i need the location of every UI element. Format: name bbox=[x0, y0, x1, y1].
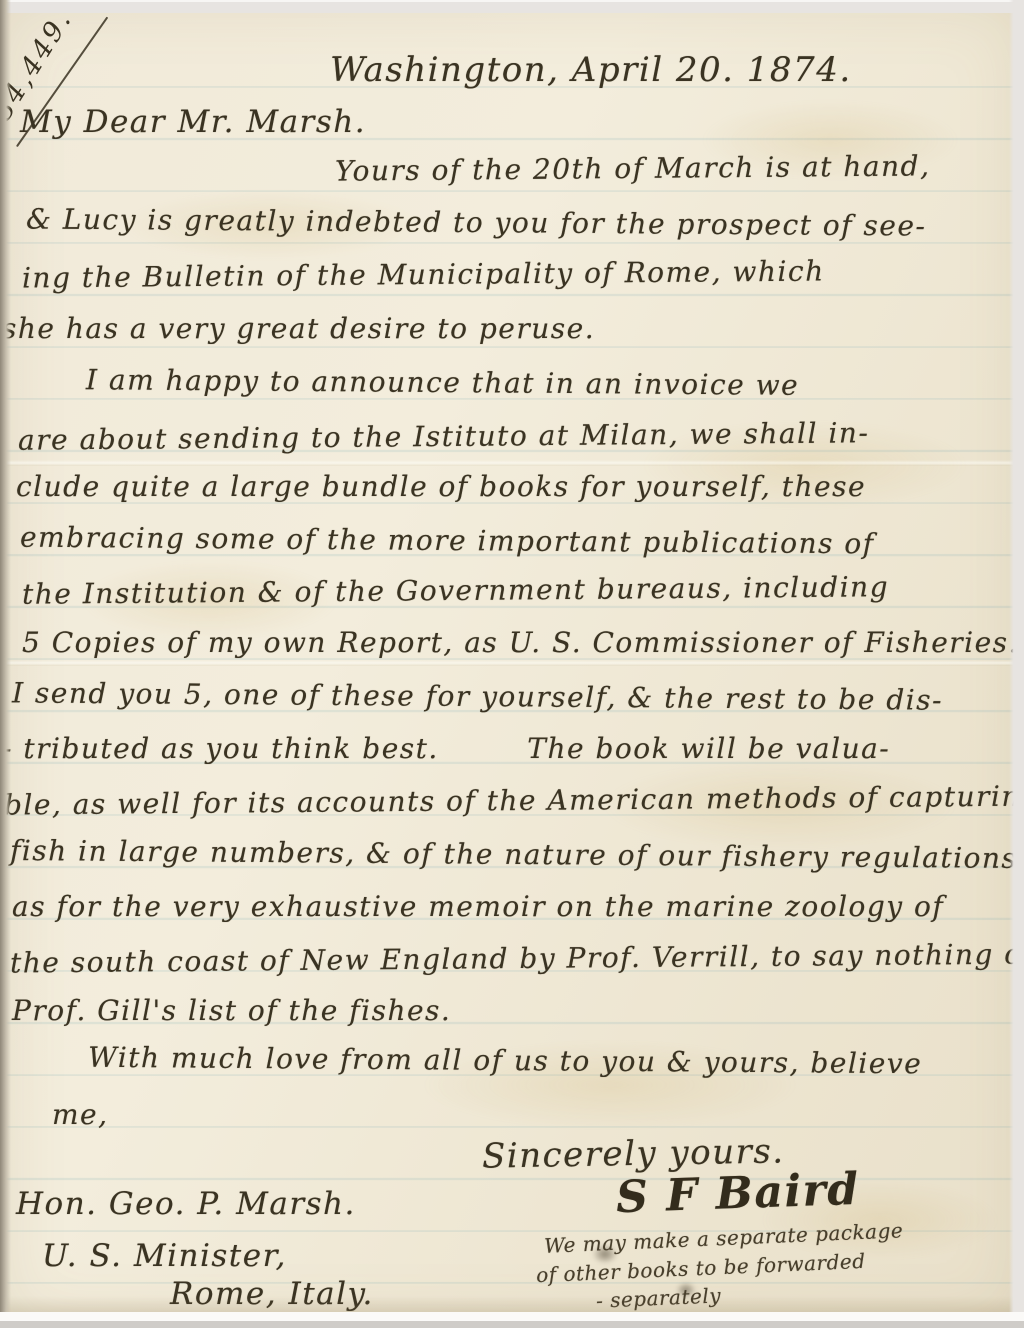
body-line-19: me, bbox=[52, 1098, 109, 1131]
body-line-5: I am happy to announce that in an invoic… bbox=[86, 363, 799, 402]
salutation: My Dear Mr. Marsh. bbox=[20, 104, 366, 140]
body-line-16: the south coast of New England by Prof. … bbox=[10, 938, 1024, 980]
body-line-10: 5 Copies of my own Report, as U. S. Comm… bbox=[22, 626, 1019, 659]
scan-edge-bottom-grey bbox=[0, 1321, 1024, 1328]
scan-edge-top bbox=[0, 0, 1024, 13]
body-line-2: & Lucy is greatly indebted to you for th… bbox=[26, 202, 927, 242]
paper-bottom-shadow bbox=[0, 1296, 1024, 1313]
paper-crease bbox=[0, 460, 1024, 466]
recipient-name: Hon. Geo. P. Marsh. bbox=[16, 1186, 356, 1222]
scan-edge-left bbox=[0, 0, 11, 1328]
paper-crease bbox=[0, 660, 1024, 666]
body-line-15: as for the very exhaustive memoir on the… bbox=[12, 890, 944, 923]
body-line-4: she has a very great desire to peruse. bbox=[2, 312, 595, 345]
body-line-18: With much love from all of us to you & y… bbox=[88, 1041, 923, 1081]
scanned-letter-screenshot: { "page": { "kind": "handwritten letter,… bbox=[0, 0, 1024, 1328]
body-line-11: I send you 5, one of these for yourself,… bbox=[12, 676, 943, 716]
body-line-9: the Institution & of the Government bure… bbox=[22, 570, 889, 611]
dateline: Washington, April 20. 1874. bbox=[330, 50, 852, 90]
body-line-17: Prof. Gill's list of the fishes. bbox=[12, 994, 451, 1027]
body-line-14: fish in large numbers, & of the nature o… bbox=[10, 834, 1024, 875]
signature: S F Baird bbox=[615, 1164, 860, 1223]
body-line-7: clude quite a large bundle of books for … bbox=[16, 470, 866, 503]
letter-paper: 34,449. Washington, April 20. 1874. My D… bbox=[0, 0, 1024, 1328]
scan-edge-right bbox=[1009, 0, 1024, 1328]
body-line-8: embracing some of the more important pub… bbox=[20, 521, 875, 561]
recipient-title: U. S. Minister, bbox=[42, 1238, 287, 1274]
body-line-1: Yours of the 20th of March is at hand, bbox=[335, 149, 931, 187]
body-line-3: ing the Bulletin of the Municipality of … bbox=[22, 254, 825, 294]
scan-background: 34,449. Washington, April 20. 1874. My D… bbox=[0, 0, 1024, 1328]
body-line-12: - tributed as you think best. The book w… bbox=[2, 732, 890, 765]
